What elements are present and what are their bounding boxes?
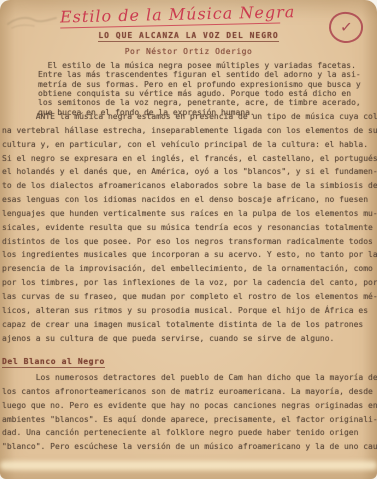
text-line: ambientes "blancos". Es aquí donde apare…: [2, 413, 377, 427]
text-line: presencia de la improvisación, del embel…: [2, 262, 377, 276]
text-line: dad. Una canción perteneciente al folklo…: [2, 426, 377, 440]
text-line: obtiene conquista su vértice más agudo. …: [38, 89, 362, 98]
lead-paragraph: El estilo de la música negra posee múlti…: [38, 61, 362, 117]
text-line: ANTE la música negra estamos en presenci…: [2, 110, 377, 124]
text-line: los ingredientes musicales que incorpora…: [2, 248, 377, 262]
text-line: capaz de crear una imagen musical totalm…: [2, 318, 377, 332]
text-line: el holandés y el danés que, en América, …: [2, 165, 377, 179]
text-line: Si el negro se expresara en el inglés, e…: [2, 152, 377, 166]
text-line: los cantos afronorteamericanos son de ma…: [2, 385, 377, 399]
paper-fold-highlight: [0, 461, 377, 470]
text-line: los semitonos de la voz negra, penetrant…: [38, 98, 362, 107]
text-line: na vertebral hállase estrecha, inseparab…: [2, 124, 377, 138]
scanned-document: Estilo de la Música Negra ✓ LO QUE ALCAN…: [0, 0, 377, 479]
text-line: El estilo de la música negra posee múlti…: [38, 61, 362, 70]
document-title: LO QUE ALCANZA LA VOZ DEL NEGRO: [0, 31, 377, 40]
paper-page: Estilo de la Música Negra ✓ LO QUE ALCAN…: [0, 0, 377, 479]
text-line: luego que no. Pero es evidente que hay n…: [2, 399, 377, 413]
text-line: sicales, evidente resulta que su música …: [2, 221, 377, 235]
text-line: distintos de los que posee. Por eso los …: [2, 235, 377, 249]
byline: Por Néstor Ortiz Oderigo: [0, 47, 377, 56]
text-line: licos, alteran sus ritmos y su prosodia …: [2, 304, 377, 318]
text-line: ajenos a su cultura de que pueda servirs…: [2, 332, 377, 346]
document-title-text: LO QUE ALCANZA LA VOZ DEL NEGRO: [98, 31, 278, 42]
handwritten-title: Estilo de la Música Negra: [60, 3, 280, 29]
text-line: "blanco". Pero escúchese la versión de u…: [2, 440, 377, 454]
text-line: lenguajes que hunden verticalmente sus r…: [2, 207, 377, 221]
body-paragraph-1: ANTE la música negra estamos en presenci…: [2, 110, 377, 345]
approval-circle-stamp: ✓: [327, 9, 366, 45]
text-line: Entre las más trascendentes figuran el s…: [38, 70, 362, 79]
text-line: to de los dialectos afroamericanos elabo…: [2, 179, 377, 193]
text-line: esas lenguas con los idiomas nacidos en …: [2, 193, 377, 207]
body-paragraph-2: Los numerosos detractores del pueblo de …: [2, 371, 377, 454]
text-line: Los numerosos detractores del pueblo de …: [2, 371, 377, 385]
text-line: por los timbres, por las inflexiones de …: [2, 276, 377, 290]
text-line: cultura y, en particular, con el vehícul…: [2, 138, 377, 152]
text-line: las curvas de su fraseo, que mudan por c…: [2, 290, 377, 304]
section-heading: Del Blanco al Negro: [2, 357, 105, 368]
text-line: metría de sus formas. Pero en el profund…: [38, 80, 362, 89]
